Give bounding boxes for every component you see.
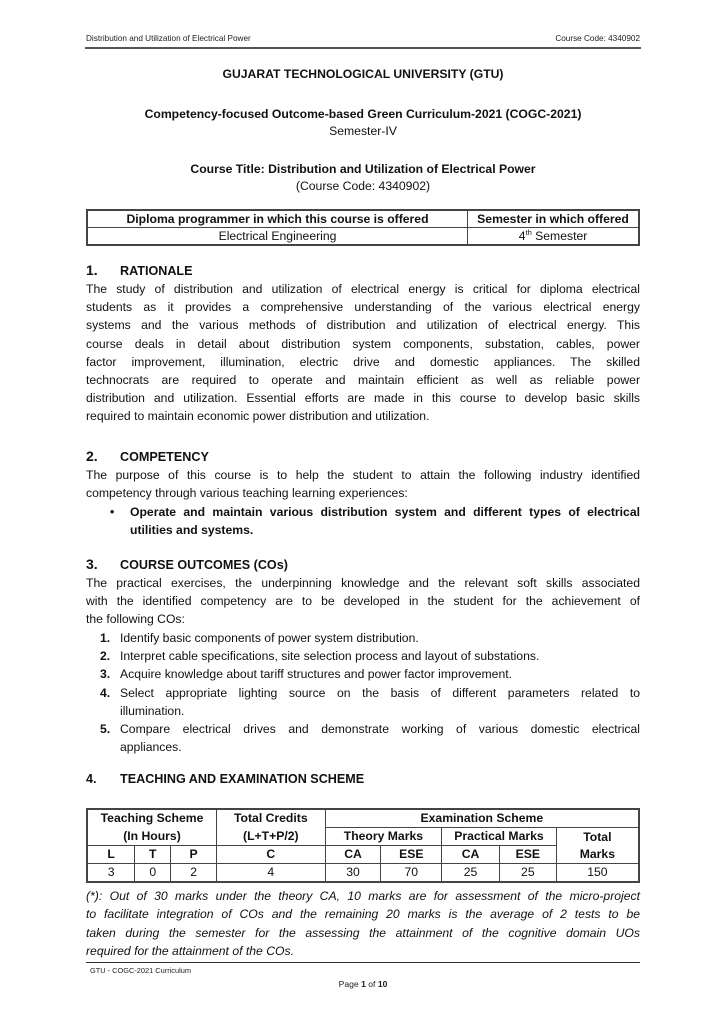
course-outcomes-paragraph: The practical exercises, the underpinnin…	[86, 574, 640, 629]
col-t: T	[135, 846, 171, 864]
competency-paragraph: The purpose of this course is to help th…	[86, 466, 640, 502]
course-outcome-text: Acquire knowledge about tariff structure…	[120, 665, 640, 683]
course-title: Course Title: Distribution and Utilizati…	[86, 162, 640, 176]
section-heading-scheme: 4.TEACHING AND EXAMINATION SCHEME	[86, 772, 364, 786]
exam-subheader-row: L T P C CA ESE CA ESE	[87, 846, 639, 864]
bullet-icon: •	[110, 503, 114, 521]
course-outcome-number: 3.	[100, 665, 110, 683]
value-theory-ca: 30	[325, 864, 381, 883]
exam-scheme-table: Teaching Scheme Total Credits Examinatio…	[86, 808, 640, 883]
paragraph-line: course deals in detail about distributio…	[86, 335, 640, 353]
paragraph-line: technocrats are required to operate and …	[86, 371, 640, 389]
note-line: required for the attainment of the COs.	[86, 942, 640, 960]
course-outcome-text: Identify basic components of power syste…	[120, 629, 640, 647]
course-outcome-number: 2.	[100, 647, 110, 665]
value-l: 3	[87, 864, 135, 883]
note-line: taken during the semester for the assess…	[86, 924, 640, 942]
course-outcome-item: 3.Acquire knowledge about tariff structu…	[100, 665, 640, 683]
programme-table: Diploma programmer in which this course …	[86, 209, 640, 246]
course-outcome-number: 4.	[100, 684, 110, 702]
paragraph-line: distribution and utilization. Essential …	[86, 389, 640, 407]
examination-scheme-header: Examination Scheme	[325, 809, 639, 828]
value-theory-ese: 70	[381, 864, 442, 883]
value-c: 4	[216, 864, 325, 883]
programme-semester: 4th Semester	[468, 228, 639, 246]
theory-marks-header: Theory Marks	[325, 828, 442, 846]
col-theory-ese: ESE	[381, 846, 442, 864]
paragraph-line: competency through various teaching lear…	[86, 484, 640, 502]
value-practical-ese: 25	[499, 864, 556, 883]
header-rule	[85, 47, 641, 49]
course-outcome-number: 1.	[100, 629, 110, 647]
header-course-name: Distribution and Utilization of Electric…	[86, 34, 251, 43]
exam-values-row: 3 0 2 4 30 70 25 25 150	[87, 864, 639, 883]
paragraph-line: students as it provides a comprehensive …	[86, 298, 640, 316]
footer-curriculum: GTU - COGC-2021 Curriculum	[90, 966, 191, 975]
course-outcome-item: 2.Interpret cable specifications, site s…	[100, 647, 640, 665]
header-course-code: Course Code: 4340902	[555, 34, 640, 43]
course-outcome-item: 1.Identify basic components of power sys…	[100, 629, 640, 647]
col-practical-ca: CA	[442, 846, 500, 864]
note-line: (*): Out of 30 marks under the theory CA…	[86, 887, 640, 905]
curriculum-title: Competency-focused Outcome-based Green C…	[86, 107, 640, 121]
section-heading-competency: 2.COMPETENCY	[86, 448, 209, 464]
course-outcome-number: 5.	[100, 720, 110, 738]
paragraph-line: The purpose of this course is to help th…	[86, 466, 640, 484]
course-outcome-text: Compare electrical drives and demonstrat…	[120, 720, 640, 756]
semester-label: Semester-IV	[86, 124, 640, 138]
in-hours-label: (In Hours)	[87, 828, 216, 846]
bullet-line: Operate and maintain various distributio…	[130, 503, 640, 521]
page-header: Distribution and Utilization of Electric…	[86, 34, 640, 46]
value-total-marks: 150	[556, 864, 639, 883]
page-number: Page 1 of 10	[86, 979, 640, 989]
paragraph-line: The practical exercises, the underpinnin…	[86, 574, 640, 592]
course-code: (Course Code: 4340902)	[86, 179, 640, 193]
section-heading-course-outcomes: 3.COURSE OUTCOMES (COs)	[86, 556, 288, 572]
programme-table-row: Electrical Engineering 4th Semester	[87, 228, 639, 246]
document-page: Distribution and Utilization of Electric…	[0, 0, 724, 1024]
course-outcome-text: Interpret cable specifications, site sel…	[120, 647, 640, 665]
total-marks-header: TotalMarks	[556, 828, 639, 864]
course-outcome-text: Select appropriate lighting source on th…	[120, 684, 640, 720]
header-semester: Semester in which offered	[468, 210, 639, 228]
col-practical-ese: ESE	[499, 846, 556, 864]
col-l: L	[87, 846, 135, 864]
header-programme: Diploma programmer in which this course …	[87, 210, 468, 228]
credits-formula: (L+T+P/2)	[216, 828, 325, 846]
col-p: P	[171, 846, 217, 864]
programme-table-header: Diploma programmer in which this course …	[87, 210, 639, 228]
col-theory-ca: CA	[325, 846, 381, 864]
value-t: 0	[135, 864, 171, 883]
value-p: 2	[171, 864, 217, 883]
paragraph-line: factor improvement, illumination, electr…	[86, 353, 640, 371]
section-heading-rationale: 1.RATIONALE	[86, 262, 193, 278]
course-outcome-item: 4.Select appropriate lighting source on …	[100, 684, 640, 720]
course-outcome-item: 5.Compare electrical drives and demonstr…	[100, 720, 640, 756]
rationale-paragraph: The study of distribution and utilizatio…	[86, 280, 640, 426]
programme-name: Electrical Engineering	[87, 228, 468, 246]
course-outcomes-list: 1.Identify basic components of power sys…	[100, 629, 640, 756]
col-c: C	[216, 846, 325, 864]
total-credits-header: Total Credits	[216, 809, 325, 828]
paragraph-line: the following COs:	[86, 610, 640, 628]
paragraph-line: with the identified competency are to be…	[86, 592, 640, 610]
teaching-scheme-header: Teaching Scheme	[87, 809, 216, 828]
practical-marks-header: Practical Marks	[442, 828, 557, 846]
note-line: to facilitate integration of COs and the…	[86, 905, 640, 923]
value-practical-ca: 25	[442, 864, 500, 883]
footer-rule	[86, 962, 640, 963]
assessment-note: (*): Out of 30 marks under the theory CA…	[86, 887, 640, 961]
bullet-line: utilities and systems.	[130, 521, 640, 539]
paragraph-line: systems and the various methods of distr…	[86, 316, 640, 334]
paragraph-line: required to maintain economic power dist…	[86, 407, 640, 425]
paragraph-line: The study of distribution and utilizatio…	[86, 280, 640, 298]
university-title: GUJARAT TECHNOLOGICAL UNIVERSITY (GTU)	[86, 67, 640, 81]
